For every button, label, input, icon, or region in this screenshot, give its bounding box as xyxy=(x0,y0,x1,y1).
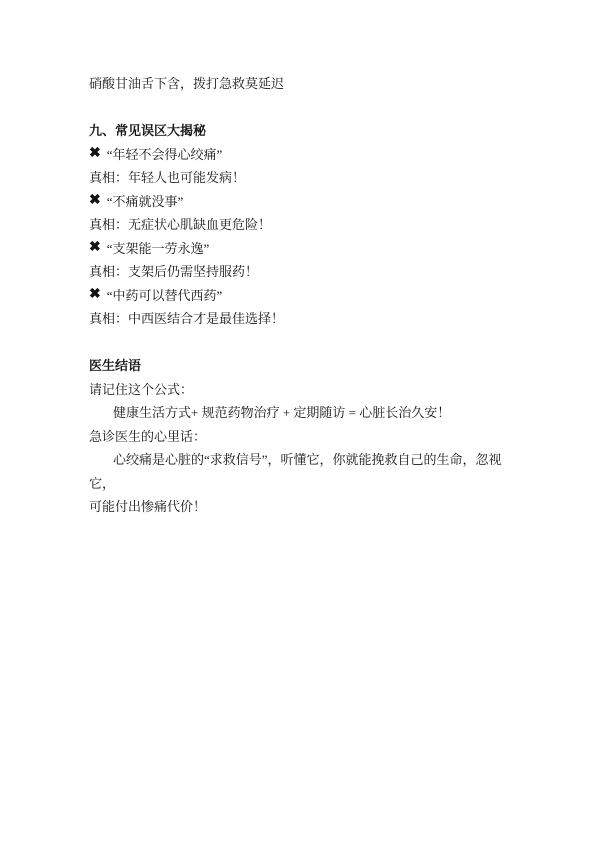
document-page: 硝酸甘油舌下含，拨打急救莫延迟 九、常见误区大揭秘 ✖ “年轻不会得心绞痛” 真… xyxy=(0,0,595,841)
truth-text: 真相：支架后仍需坚持服药！ xyxy=(89,260,506,284)
myth-item: ✖ “中药可以替代西药” xyxy=(89,284,506,308)
intro-line: 硝酸甘油舌下含，拨打急救莫延迟 xyxy=(89,72,506,96)
myth-text: “中药可以替代西药” xyxy=(107,284,223,308)
section-heading-misconceptions: 九、常见误区大揭秘 xyxy=(89,119,506,143)
formula-text: 健康生活方式+ 规范药物治疗 + 定期随访 = 心脏长治久安！ xyxy=(89,401,506,425)
formula-intro: 请记住这个公式： xyxy=(89,378,506,402)
truth-text: 真相：无症状心肌缺血更危险！ xyxy=(89,213,506,237)
heart-talk-intro: 急诊医生的心里话： xyxy=(89,425,506,449)
cross-icon: ✖ xyxy=(89,147,101,161)
heart-talk-line2: 可能付出惨痛代价！ xyxy=(89,495,506,519)
myth-item: ✖ “不痛就没事” xyxy=(89,190,506,214)
truth-text: 真相：中西医结合才是最佳选择！ xyxy=(89,307,506,331)
myth-text: “不痛就没事” xyxy=(107,190,184,214)
section-heading-conclusion: 医生结语 xyxy=(89,354,506,378)
cross-icon: ✖ xyxy=(89,241,101,255)
myth-text: “年轻不会得心绞痛” xyxy=(107,143,223,167)
truth-text: 真相：年轻人也可能发病！ xyxy=(89,166,506,190)
cross-icon: ✖ xyxy=(89,288,101,302)
cross-icon: ✖ xyxy=(89,194,101,208)
document-content: 硝酸甘油舌下含，拨打急救莫延迟 九、常见误区大揭秘 ✖ “年轻不会得心绞痛” 真… xyxy=(89,72,506,519)
myth-text: “支架能一劳永逸” xyxy=(107,237,210,261)
blank-line xyxy=(89,96,506,120)
myth-item: ✖ “年轻不会得心绞痛” xyxy=(89,143,506,167)
myth-item: ✖ “支架能一劳永逸” xyxy=(89,237,506,261)
blank-line xyxy=(89,331,506,355)
heart-talk-line1: 心绞痛是心脏的“求救信号”，听懂它，你就能挽救自己的生命，忽视它， xyxy=(89,448,506,495)
